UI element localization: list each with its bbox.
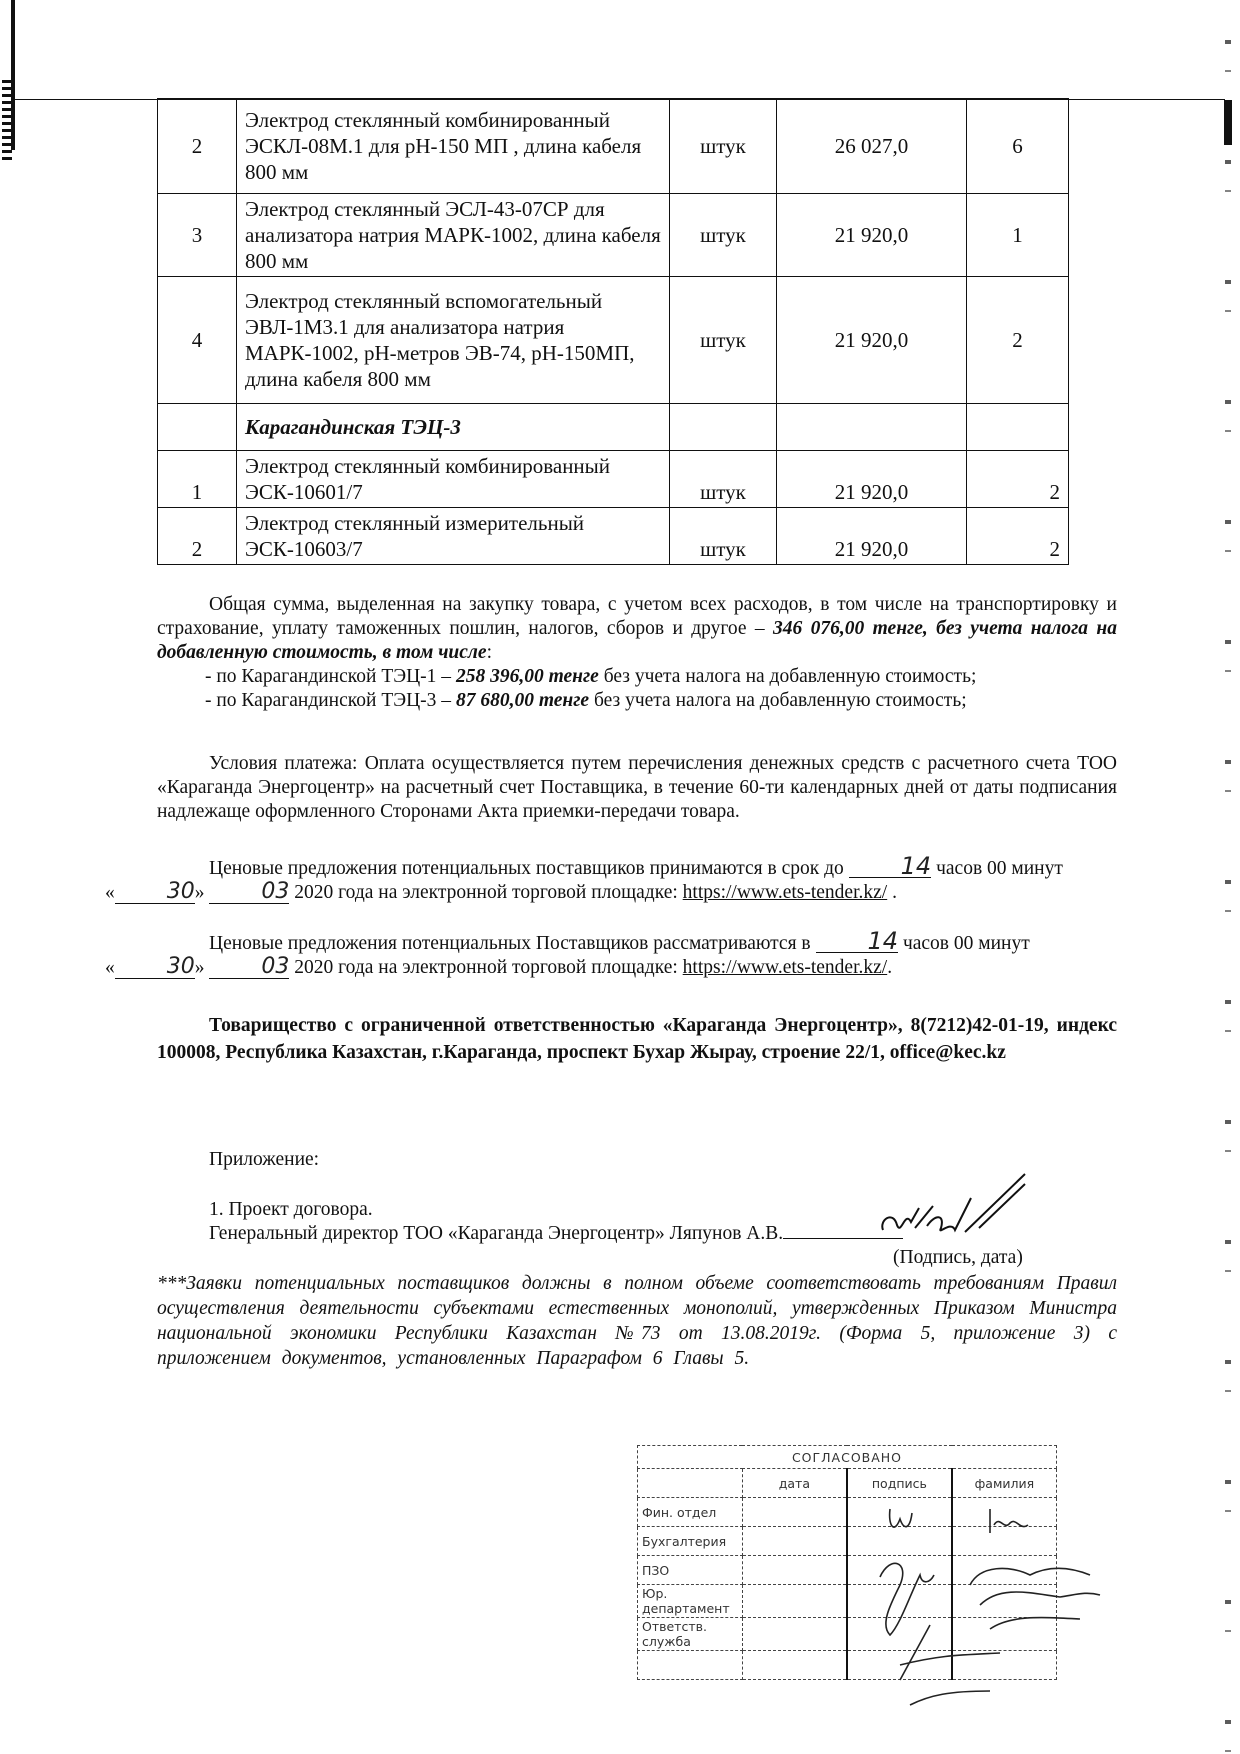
item-unit: штук — [670, 451, 777, 508]
item-name: Электрод стеклянный комбинированный ЭСК-… — [237, 451, 670, 508]
item-unit: штук — [670, 277, 777, 404]
director-name: Генеральный директор ТОО «Караганда Энер… — [209, 1223, 783, 1244]
tec3-amount: 87 680,00 тенге — [456, 690, 589, 711]
item-number: 4 — [158, 277, 237, 404]
item-price: 21 920,0 — [777, 277, 967, 404]
footnote: ***Заявки потенциальных поставщиков долж… — [157, 1271, 1117, 1371]
handwritten-month: 03 — [209, 956, 289, 979]
deadline-accept-paragraph: Ценовые предложения потенциальных постав… — [157, 855, 1117, 905]
item-unit: штук — [670, 99, 777, 194]
table-section-row: Карагандинская ТЭЦ-3 — [158, 404, 1069, 451]
stamp-row-label: Фин. отдел — [638, 1498, 743, 1527]
item-unit: штук — [670, 194, 777, 277]
table-row: 2 Электрод стеклянный комбинированный ЭС… — [158, 99, 1069, 194]
item-name: Электрод стеклянный измерительный ЭСК-10… — [237, 508, 670, 565]
item-price: 21 920,0 — [777, 194, 967, 277]
scan-edge-mark — [1225, 0, 1231, 1754]
table-row: 1 Электрод стеклянный комбинированный ЭС… — [158, 451, 1069, 508]
item-quantity: 6 — [967, 99, 1069, 194]
ets-tender-link[interactable]: https://www.ets-tender.kz/ — [683, 957, 888, 978]
stamp-col-signature: подпись — [847, 1469, 952, 1498]
deadline-review-paragraph: Ценовые предложения потенциальных Постав… — [157, 930, 1117, 980]
items-table: 2 Электрод стеклянный комбинированный ЭС… — [157, 98, 1069, 565]
stamp-col-date: дата — [742, 1469, 847, 1498]
handwritten-hour: 14 — [849, 855, 932, 878]
item-price: 26 027,0 — [777, 99, 967, 194]
table-row: 3 Электрод стеклянный ЭСЛ-43-07СР для ан… — [158, 194, 1069, 277]
handwritten-day: 30 — [115, 956, 195, 979]
table-row: 4 Электрод стеклянный вспомогательный ЭВ… — [158, 277, 1069, 404]
handwritten-hour: 14 — [816, 930, 899, 953]
item-number: 2 — [158, 508, 237, 565]
stamp-title: СОГЛАСОВАНО — [638, 1446, 1057, 1469]
section-title: Карагандинская ТЭЦ-3 — [237, 404, 670, 451]
handwritten-day: 30 — [115, 881, 195, 904]
item-number: 2 — [158, 99, 237, 194]
ets-tender-link[interactable]: https://www.ets-tender.kz/ — [683, 882, 888, 903]
item-name: Электрод стеклянный вспомогательный ЭВЛ-… — [237, 277, 670, 404]
table-row: 2 Электрод стеклянный измерительный ЭСК-… — [158, 508, 1069, 565]
stamp-col-surname: фамилия — [952, 1469, 1057, 1498]
item-quantity: 2 — [967, 451, 1069, 508]
total-amount-paragraph: Общая сумма, выделенная на закупку товар… — [157, 593, 1117, 665]
stamp-row-label: Бухгалтерия — [638, 1527, 743, 1556]
director-signature — [875, 1170, 1035, 1250]
stamp-row-label: ПЗО — [638, 1556, 743, 1585]
payment-terms-paragraph: Условия платежа: Оплата осуществляется п… — [157, 752, 1117, 824]
stamp-row-label — [638, 1651, 743, 1680]
handwritten-month: 03 — [209, 881, 289, 904]
tec1-amount: 258 396,00 тенге — [456, 666, 599, 687]
item-quantity: 2 — [967, 508, 1069, 565]
scan-edge-mark — [2, 80, 12, 160]
company-details: Товарищество с ограниченной ответственно… — [157, 1012, 1117, 1066]
stamp-signatures — [860, 1505, 1110, 1715]
signature-caption: (Подпись, дата) — [893, 1246, 1093, 1270]
item-name: Электрод стеклянный ЭСЛ-43-07СР для анал… — [237, 194, 670, 277]
item-price: 21 920,0 — [777, 451, 967, 508]
total-breakdown-tec3: - по Карагандинской ТЭЦ-3 – 87 680,00 те… — [205, 689, 1117, 713]
stamp-row-label: Ответств. служба — [638, 1618, 743, 1651]
item-unit: штук — [670, 508, 777, 565]
item-quantity: 1 — [967, 194, 1069, 277]
item-number: 3 — [158, 194, 237, 277]
stamp-row-label: Юр. департамент — [638, 1585, 743, 1618]
appendix-title: Приложение: — [209, 1148, 1169, 1172]
item-price: 21 920,0 — [777, 508, 967, 565]
item-name: Электрод стеклянный комбинированный ЭСКЛ… — [237, 99, 670, 194]
total-breakdown-tec1: - по Карагандинской ТЭЦ-1 – 258 396,00 т… — [205, 665, 1117, 689]
item-number: 1 — [158, 451, 237, 508]
scan-edge-mark — [1224, 100, 1232, 145]
item-quantity: 2 — [967, 277, 1069, 404]
